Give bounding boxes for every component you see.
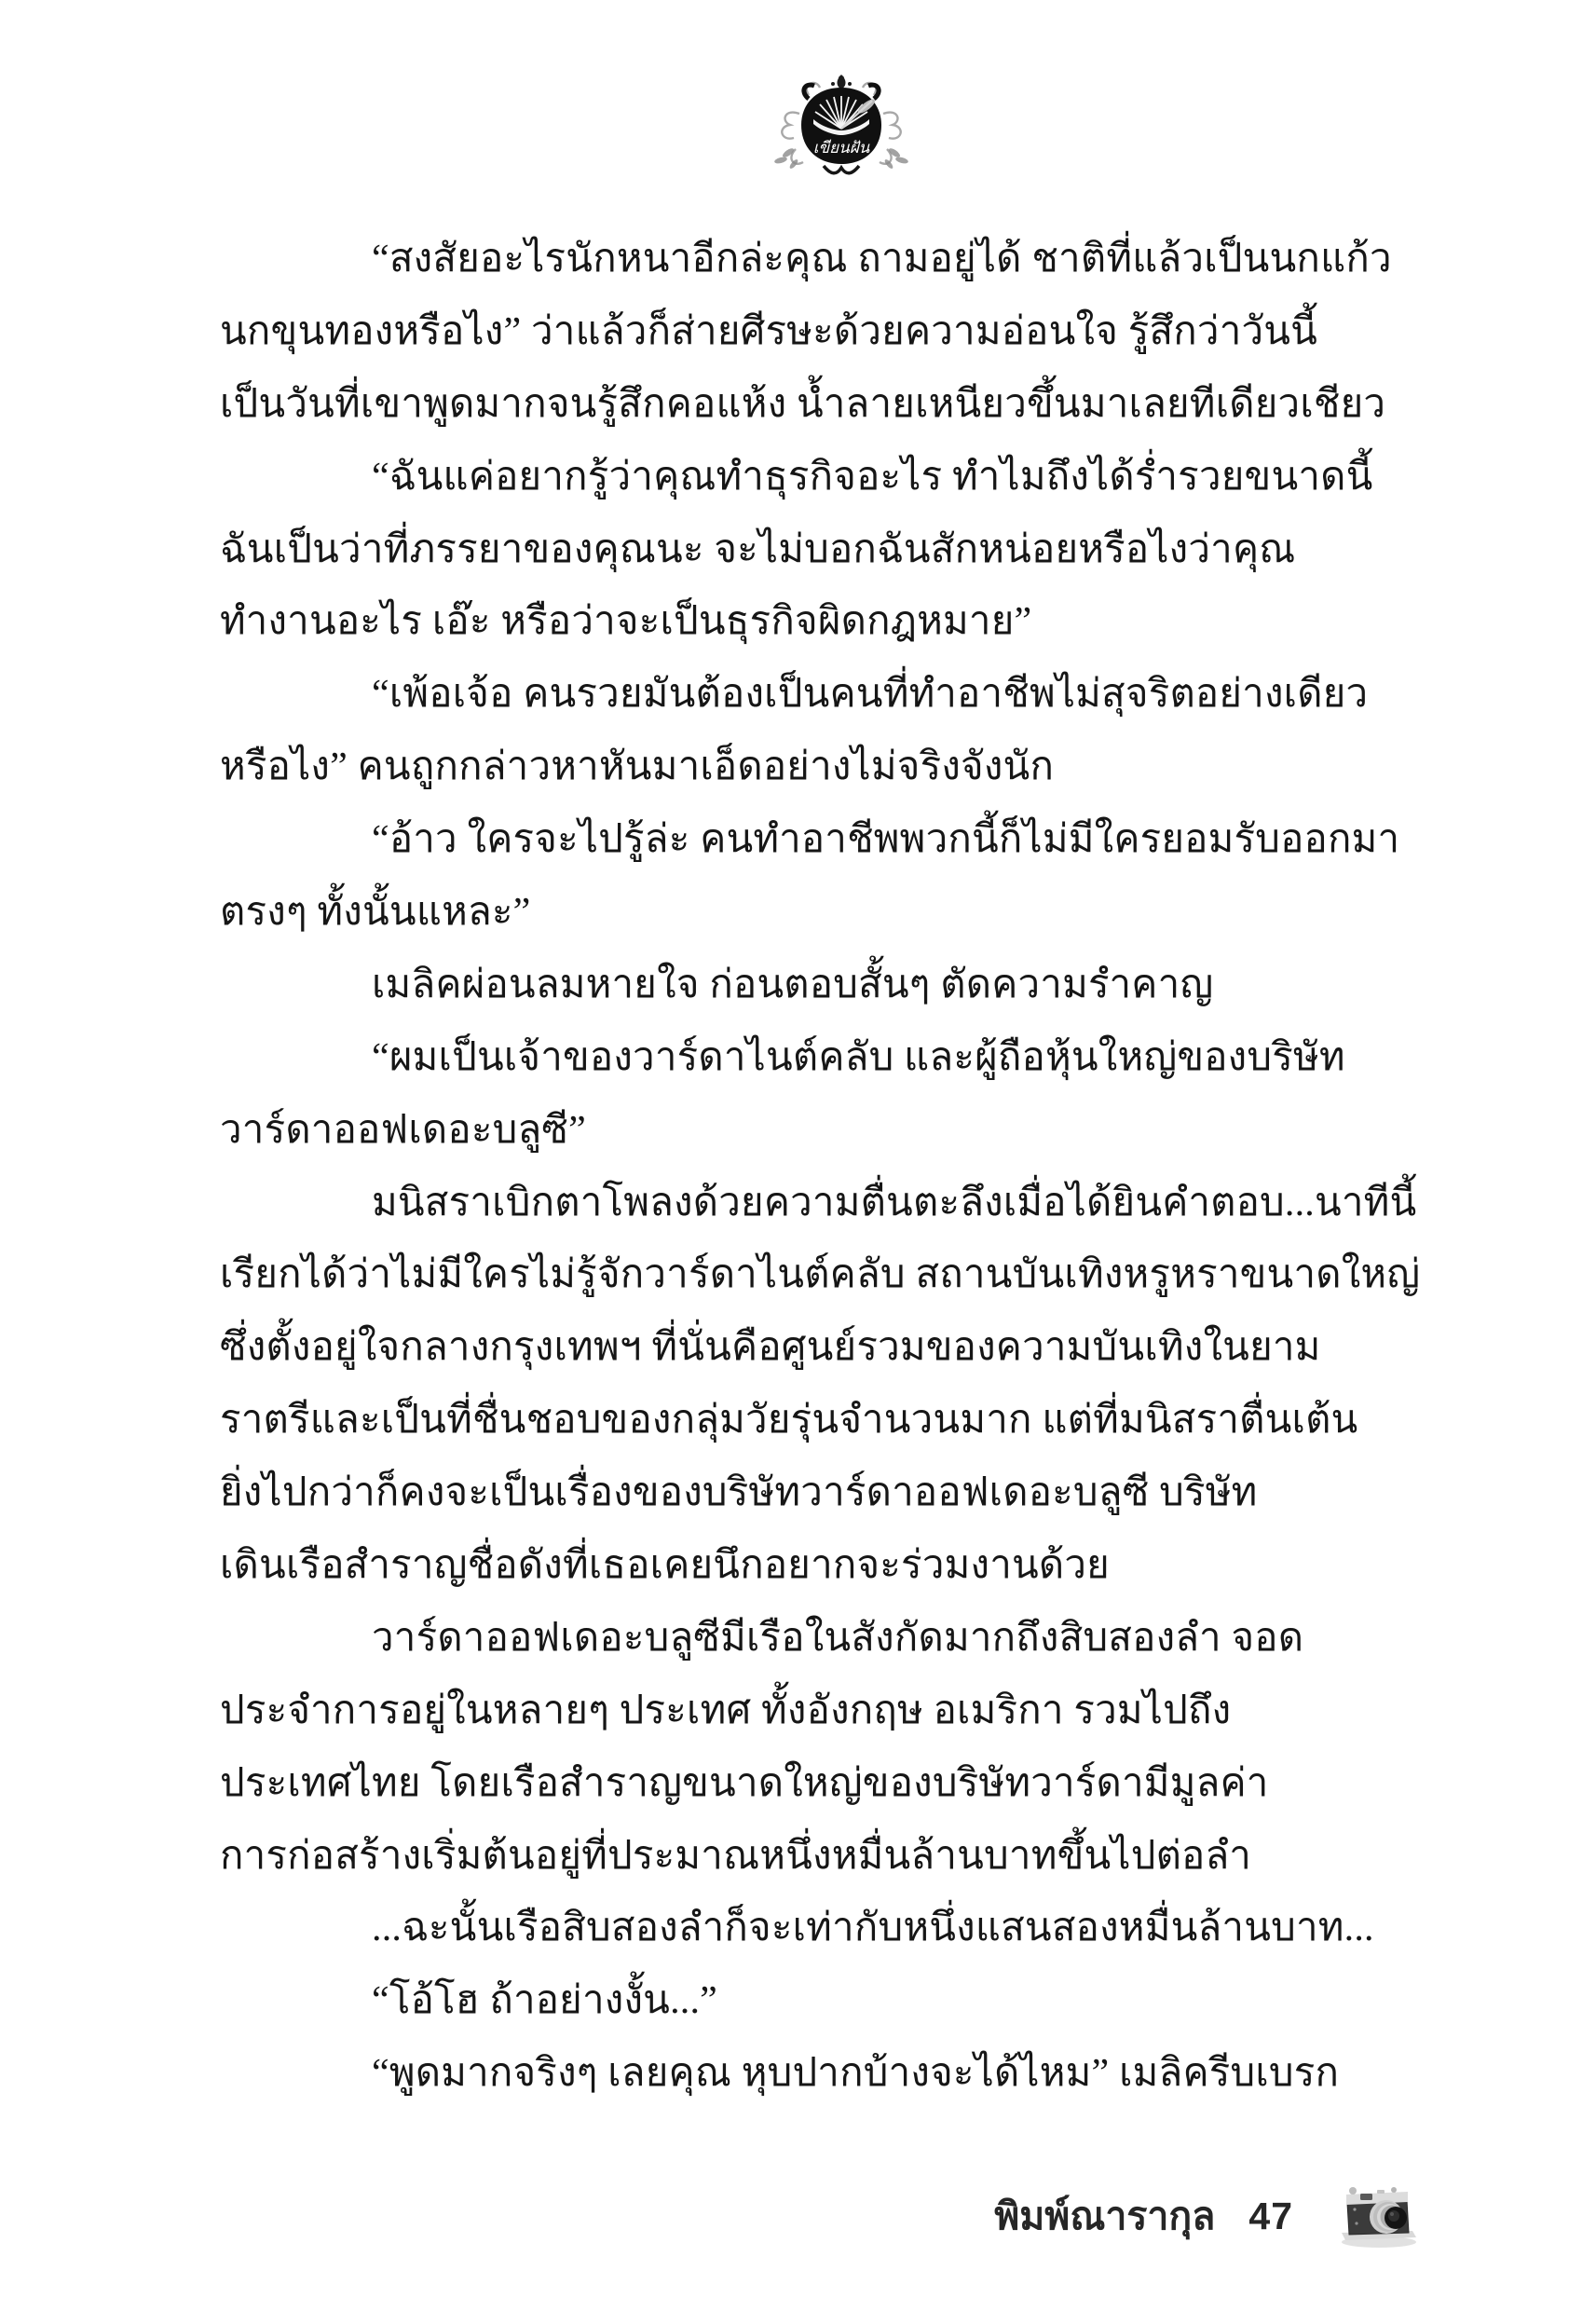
text-line: การก่อสร้างเริ่มต้นอยู่ที่ประมาณหนึ่งหมื…	[220, 1821, 1413, 1894]
text-line: ฉันเป็นว่าที่ภรรยาของคุณนะ จะไม่บอกฉันสั…	[220, 514, 1413, 587]
text-line: วาร์ดาออฟเดอะบลูซีมีเรือในสังกัดมากถึงสิ…	[220, 1603, 1413, 1675]
text-line: “เพ้อเจ้อ คนรวยมันต้องเป็นคนที่ทำอาชีพไม…	[220, 659, 1413, 732]
page-footer: พิมพ์ณารากุล 47	[994, 2179, 1425, 2253]
text-line: ยิ่งไปกว่าก็คงจะเป็นเรื่องของบริษัทวาร์ด…	[220, 1457, 1413, 1530]
text-line: ...ฉะนั้นเรือสิบสองลำก็จะเท่ากับหนึ่งแสน…	[220, 1893, 1413, 1965]
text-line: หรือไง” คนถูกกล่าวหาหันมาเอ็ดอย่างไม่จริ…	[220, 732, 1413, 804]
camera-icon	[1332, 2179, 1425, 2253]
text-line: “สงสัยอะไรนักหนาอีกล่ะคุณ ถามอยู่ได้ ชาต…	[220, 224, 1413, 296]
publisher-logo: เขียนฝัน	[768, 71, 915, 181]
text-line: ราตรีและเป็นที่ชื่นชอบของกลุ่มวัยรุ่นจำน…	[220, 1385, 1413, 1457]
text-line: เป็นวันที่เขาพูดมากจนรู้สึกคอแห้ง น้ำลาย…	[220, 369, 1413, 442]
page-number: 47	[1248, 2195, 1293, 2238]
text-line: ซึ่งตั้งอยู่ใจกลางกรุงเทพฯ ที่นั่นคือศูน…	[220, 1312, 1413, 1385]
logo-text: เขียนฝัน	[813, 139, 870, 157]
text-line: ตรงๆ ทั้งนั้นแหละ”	[220, 877, 1413, 950]
author-name: พิมพ์ณารากุล	[994, 2186, 1215, 2247]
book-page: เขียนฝัน “สงสัยอะไรนักหนาอีกล่ะคุณ ถามอย…	[0, 0, 1596, 2311]
text-line: “โอ้โฮ ถ้าอย่างงั้น...”	[220, 1965, 1413, 2038]
text-line: เมลิคผ่อนลมหายใจ ก่อนตอบสั้นๆ ตัดความรำค…	[220, 950, 1413, 1022]
text-line: เดินเรือสำราญชื่อดังที่เธอเคยนึกอยากจะร่…	[220, 1530, 1413, 1603]
story-text: “สงสัยอะไรนักหนาอีกล่ะคุณ ถามอยู่ได้ ชาต…	[220, 224, 1413, 2111]
text-line: “อ้าว ใครจะไปรู้ล่ะ คนทำอาชีพพวกนี้ก็ไม่…	[220, 804, 1413, 877]
text-line: “พูดมากจริงๆ เลยคุณ หุบปากบ้างจะได้ไหม” …	[220, 2038, 1413, 2111]
text-line: เรียกได้ว่าไม่มีใครไม่รู้จักวาร์ดาไนต์คล…	[220, 1239, 1413, 1312]
text-line: มนิสราเบิกตาโพลงด้วยความตื่นตะลึงเมื่อได…	[220, 1168, 1413, 1240]
text-line: ประเทศไทย โดยเรือสำราญขนาดใหญ่ของบริษัทว…	[220, 1748, 1413, 1821]
text-line: วาร์ดาออฟเดอะบลูซี”	[220, 1095, 1413, 1168]
text-line: ประจำการอยู่ในหลายๆ ประเทศ ทั้งอังกฤษ อเ…	[220, 1675, 1413, 1748]
text-line: ทำงานอะไร เอ๊ะ หรือว่าจะเป็นธุรกิจผิดกฎห…	[220, 586, 1413, 659]
text-line: นกขุนทองหรือไง” ว่าแล้วก็ส่ายศีรษะด้วยคว…	[220, 296, 1413, 369]
text-line: “ฉันแค่อยากรู้ว่าคุณทำธุรกิจอะไร ทำไมถึง…	[220, 442, 1413, 514]
book-quill-emblem-icon: เขียนฝัน	[768, 71, 915, 181]
text-line: “ผมเป็นเจ้าของวาร์ดาไนต์คลับ และผู้ถือหุ…	[220, 1022, 1413, 1095]
